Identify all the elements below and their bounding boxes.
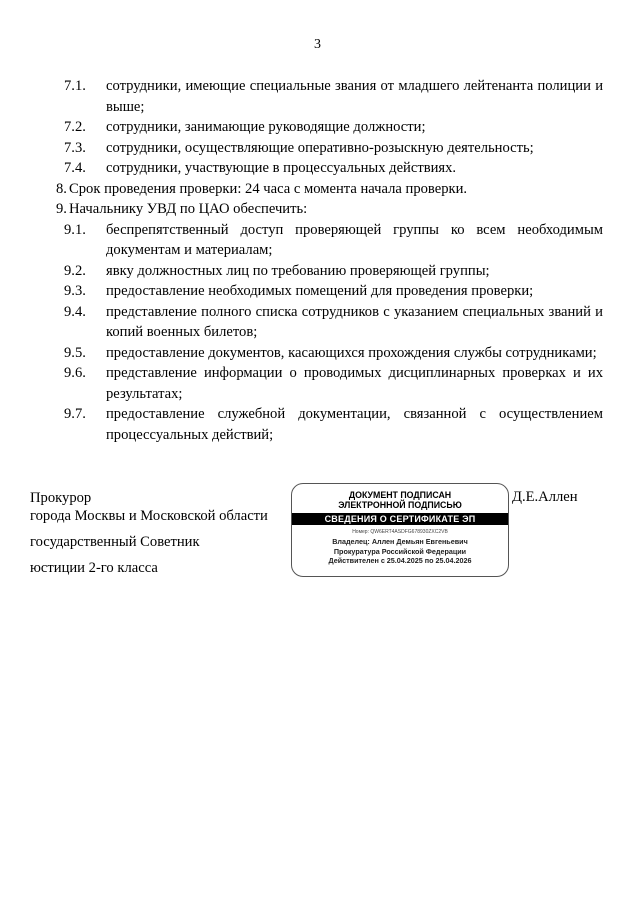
electronic-signature-stamp: ДОКУМЕНТ ПОДПИСАН ЭЛЕКТРОННОЙ ПОДПИСЬЮ С…	[291, 483, 509, 577]
page-number: 3	[0, 37, 635, 53]
list-item-text: представление информации о проводимых ди…	[106, 363, 603, 404]
stamp-heading-line1: ДОКУМЕНТ ПОДПИСАН	[292, 490, 508, 500]
list-item-text: сотрудники, осуществляющие оперативно-ро…	[106, 138, 603, 159]
list-item-number: 9.5.	[64, 343, 106, 364]
list-item: 9.5.предоставление документов, касающихс…	[56, 343, 603, 364]
list-item-number: 9.1.	[64, 220, 106, 261]
list-item: 9.7.предоставление служебной документаци…	[56, 404, 603, 445]
list-item-number: 8.	[56, 179, 69, 200]
list-item: 8.Срок проведения проверки: 24 часа с мо…	[56, 179, 603, 200]
signatory-name: Д.Е.Аллен	[512, 489, 578, 506]
list-item-number: 9.6.	[64, 363, 106, 404]
document-body: 7.1.сотрудники, имеющие специальные зван…	[56, 76, 603, 445]
list-item: 9.1.беспрепятственный доступ проверяющей…	[56, 220, 603, 261]
list-item: 9.6.представление информации о проводимы…	[56, 363, 603, 404]
list-item-text: Срок проведения проверки: 24 часа с моме…	[69, 179, 603, 200]
list-item: 9.Начальнику УВД по ЦАО обеспечить:	[56, 199, 603, 220]
list-item-text: сотрудники, имеющие специальные звания о…	[106, 76, 603, 117]
list-item-text: предоставление документов, касающихся пр…	[106, 343, 603, 364]
list-item: 7.3.сотрудники, осуществляющие оперативн…	[56, 138, 603, 159]
list-item-number: 7.2.	[64, 117, 106, 138]
list-item-text: беспрепятственный доступ проверяющей гру…	[106, 220, 603, 261]
stamp-heading: ДОКУМЕНТ ПОДПИСАН ЭЛЕКТРОННОЙ ПОДПИСЬЮ	[292, 490, 508, 510]
stamp-certificate-bar: СВЕДЕНИЯ О СЕРТИФИКАТЕ ЭП	[292, 513, 508, 525]
list-item-text: сотрудники, занимающие руководящие должн…	[106, 117, 603, 138]
list-item-text: предоставление служебной документации, с…	[106, 404, 603, 445]
list-item-number: 7.3.	[64, 138, 106, 159]
list-item-text: явку должностных лиц по требованию прове…	[106, 261, 603, 282]
list-item-text: представление полного списка сотрудников…	[106, 302, 603, 343]
list-item: 9.4.представление полного списка сотрудн…	[56, 302, 603, 343]
signatory-title-line: города Москвы и Московской области	[30, 507, 268, 525]
list-item: 9.3.предоставление необходимых помещений…	[56, 281, 603, 302]
stamp-info: Владелец: Аллен Демьян Евгеньевич Прокур…	[292, 537, 508, 566]
list-item-number: 9.	[56, 199, 69, 220]
list-item: 9.2.явку должностных лиц по требованию п…	[56, 261, 603, 282]
list-item: 7.4.сотрудники, участвующие в процессуал…	[56, 158, 603, 179]
list-item-text: сотрудники, участвующие в процессуальных…	[106, 158, 603, 179]
stamp-organization: Прокуратура Российской Федерации	[292, 547, 508, 557]
list-item-number: 7.4.	[64, 158, 106, 179]
list-item-number: 9.7.	[64, 404, 106, 445]
list-item-text: Начальнику УВД по ЦАО обеспечить:	[69, 199, 603, 220]
list-item-number: 9.2.	[64, 261, 106, 282]
list-item-text: предоставление необходимых помещений для…	[106, 281, 603, 302]
signatory-title-line: юстиции 2-го класса	[30, 557, 268, 579]
signatory-title-line: Прокурор	[30, 489, 268, 507]
list-item-number: 7.1.	[64, 76, 106, 117]
stamp-owner: Владелец: Аллен Демьян Евгеньевич	[292, 537, 508, 547]
signatory-title: Прокурор города Москвы и Московской обла…	[30, 489, 268, 579]
list-item-number: 9.3.	[64, 281, 106, 302]
stamp-heading-line2: ЭЛЕКТРОННОЙ ПОДПИСЬЮ	[292, 500, 508, 510]
signatory-title-line: государственный Советник	[30, 531, 268, 553]
stamp-validity: Действителен с 25.04.2025 по 25.04.2026	[292, 556, 508, 566]
stamp-certificate-number: Номер: QW6ERT4ASDFG678930ZXC2VB	[292, 529, 508, 535]
list-item-number: 9.4.	[64, 302, 106, 343]
list-item: 7.2.сотрудники, занимающие руководящие д…	[56, 117, 603, 138]
list-item: 7.1.сотрудники, имеющие специальные зван…	[56, 76, 603, 117]
